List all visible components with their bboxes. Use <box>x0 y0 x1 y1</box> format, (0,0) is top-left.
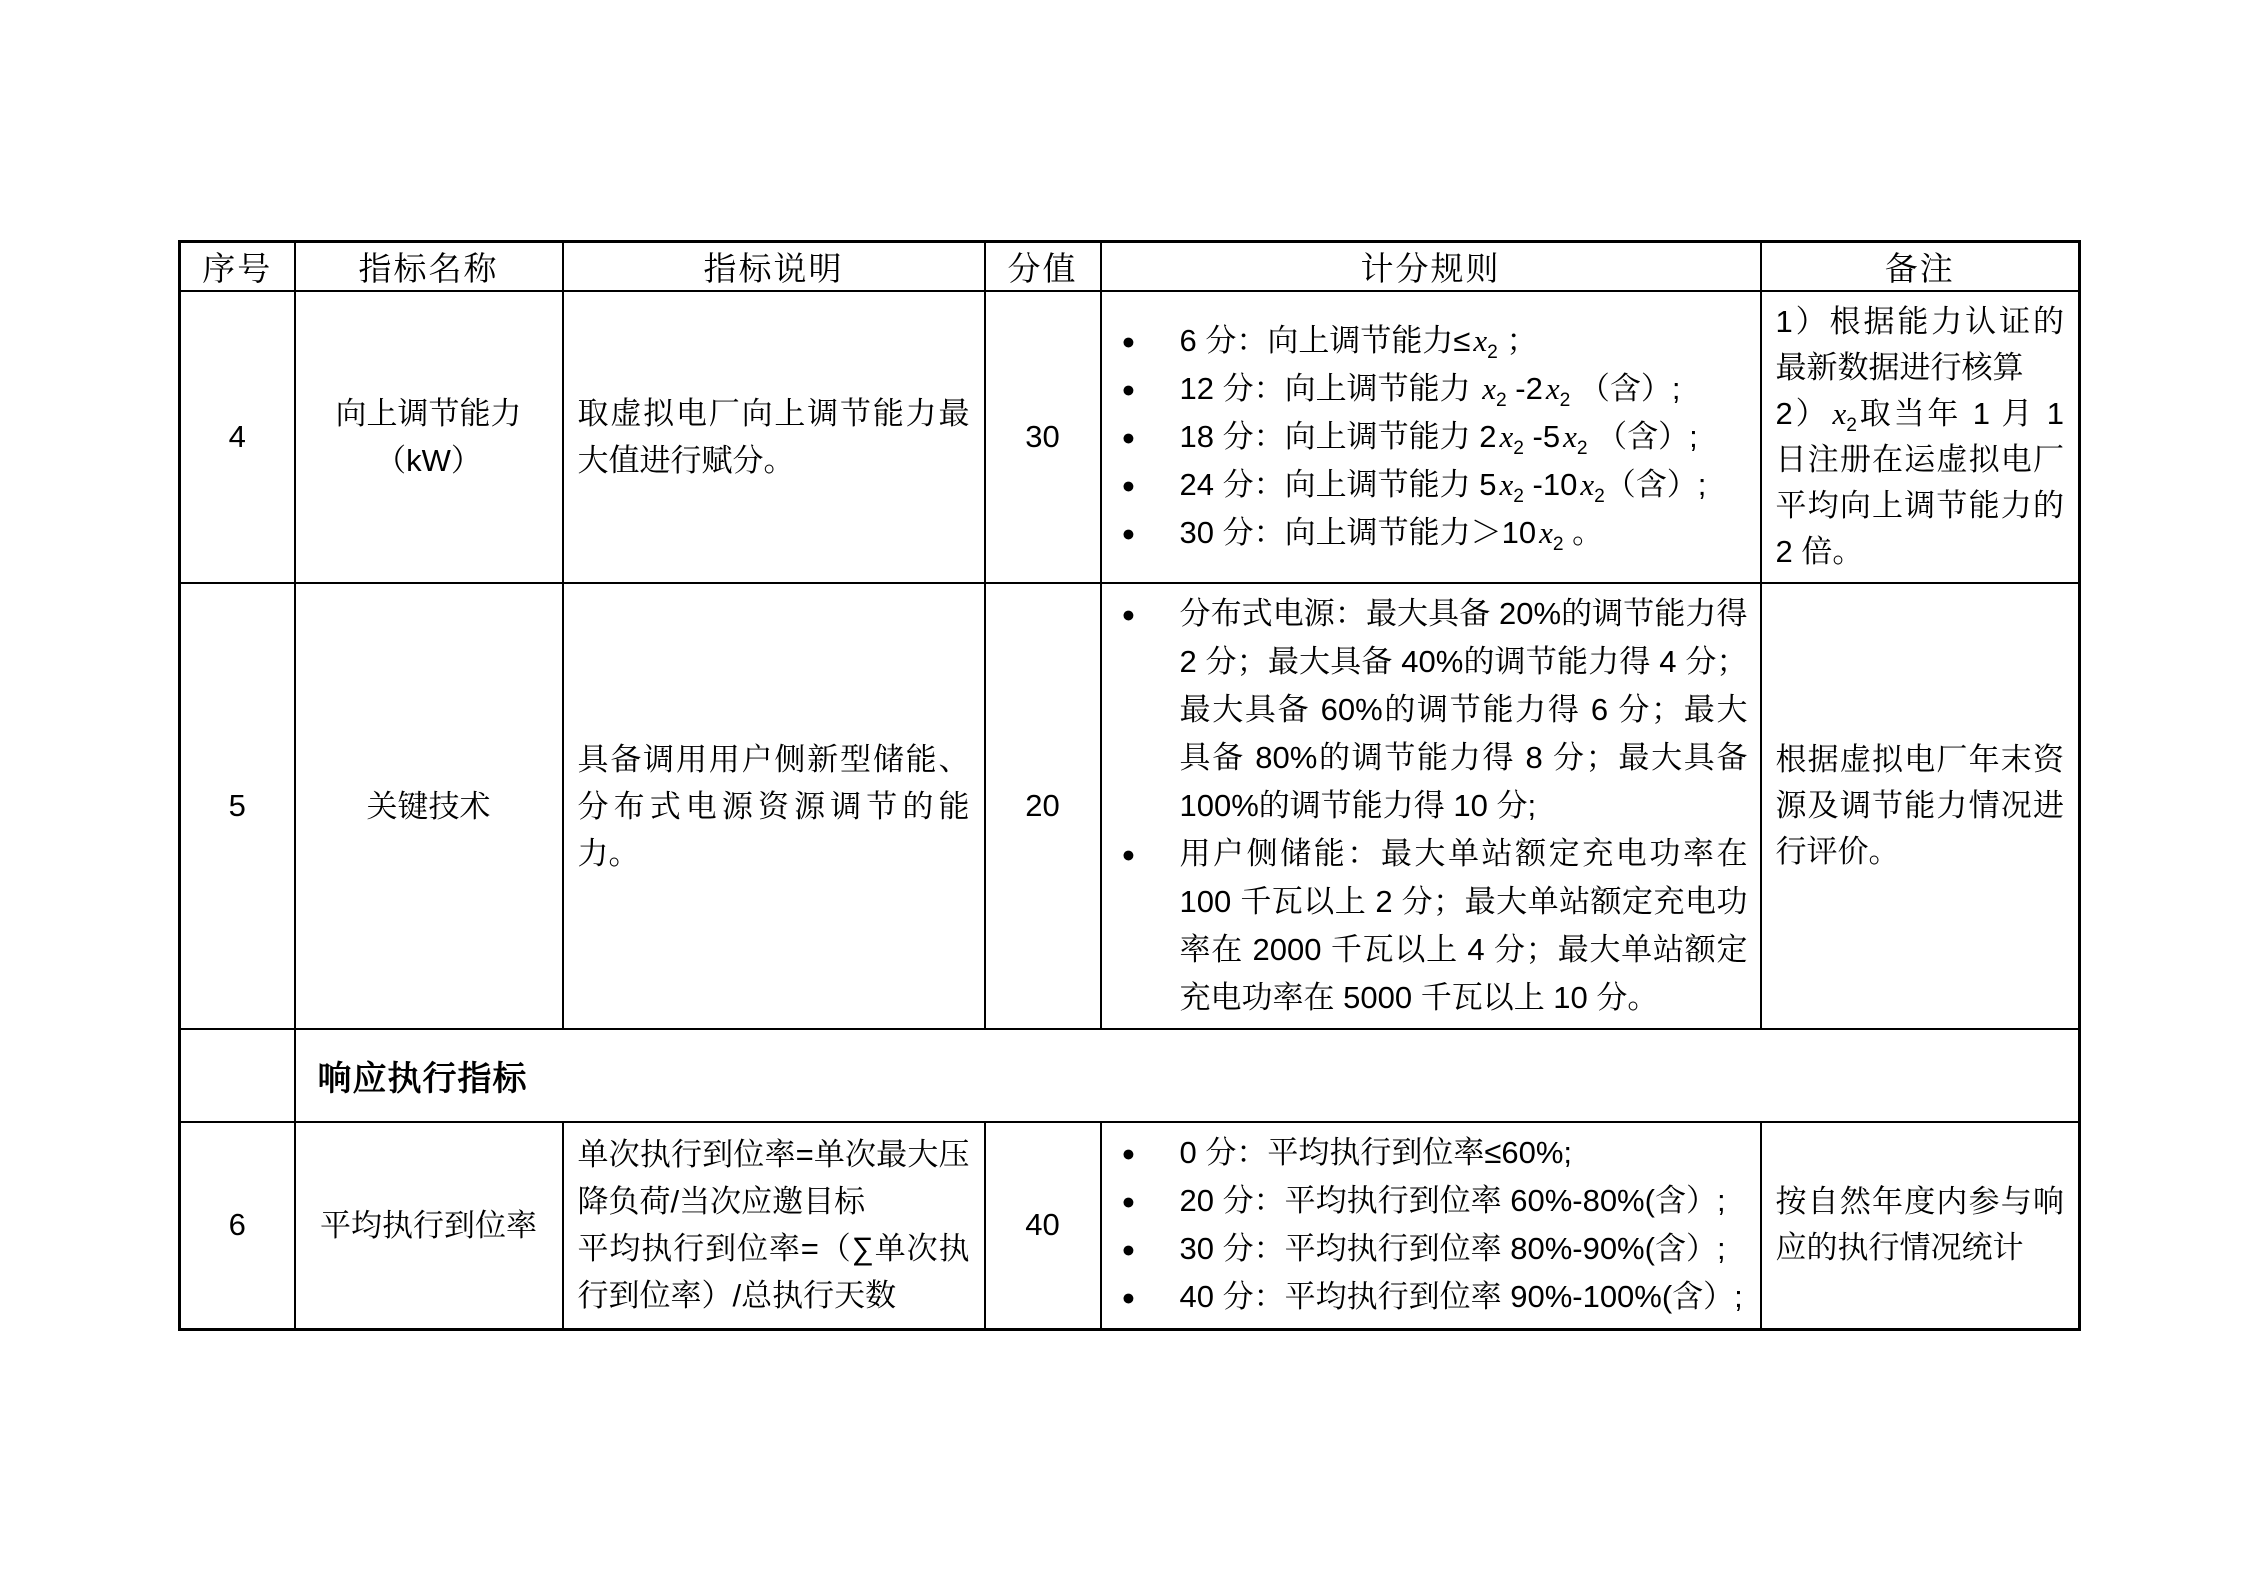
rule-text: 24 分：向上调节能力 5x2 -10x2（含）; <box>1180 461 1748 509</box>
bullet-icon: ● <box>1118 1129 1180 1177</box>
remark-line: 按自然年度内参与响应的执行情况统计 <box>1776 1179 2065 1271</box>
rule-text: 12 分：向上调节能力 x2 -2x2 （含）; <box>1180 365 1748 413</box>
score-cell: 40 <box>985 1122 1101 1329</box>
indicator-desc-line: 单次执行到位率=单次最大压降负荷/当次应邀目标 <box>578 1131 970 1225</box>
bullet-icon: ● <box>1118 1177 1180 1225</box>
indicator-desc-line: 取虚拟电厂向上调节能力最大值进行赋分。 <box>578 390 970 484</box>
score-cell: 20 <box>985 583 1101 1029</box>
bullet-icon: ● <box>1118 365 1180 413</box>
subscript-2: 2 <box>1594 486 1605 507</box>
rule-text: 18 分：向上调节能力 2x2 -5x2 （含）; <box>1180 413 1748 461</box>
remark-line: 1）根据能力认证的最新数据进行核算 <box>1776 299 2065 391</box>
rule-item: ●24 分：向上调节能力 5x2 -10x2（含）; <box>1118 461 1748 509</box>
row-number-cell: 6 <box>180 1122 295 1329</box>
indicator-desc-cell: 单次执行到位率=单次最大压降负荷/当次应邀目标平均执行到位率=（∑单次执行到位率… <box>563 1122 985 1329</box>
bullet-icon: ● <box>1118 317 1180 365</box>
header-remark: 备注 <box>1761 242 2080 292</box>
rule-item: ●6 分：向上调节能力≤x2 ； <box>1118 317 1748 365</box>
section-title: 响应执行指标 <box>295 1029 2080 1122</box>
table-row: 6平均执行到位率单次执行到位率=单次最大压降负荷/当次应邀目标平均执行到位率=（… <box>180 1122 2080 1329</box>
rule-item: ●40 分：平均执行到位率 90%-100%(含）; <box>1118 1273 1748 1321</box>
scoring-rules-cell: ●6 分：向上调节能力≤x2 ；●12 分：向上调节能力 x2 -2x2 （含）… <box>1101 291 1761 583</box>
rule-item: ●12 分：向上调节能力 x2 -2x2 （含）; <box>1118 365 1748 413</box>
rule-text: 6 分：向上调节能力≤x2 ； <box>1180 317 1748 365</box>
subscript-2: 2 <box>1513 438 1524 459</box>
bullet-icon: ● <box>1118 830 1180 878</box>
header-indicator-name: 指标名称 <box>295 242 563 292</box>
header-seq: 序号 <box>180 242 295 292</box>
score-cell: 30 <box>985 291 1101 583</box>
remark-cell: 1）根据能力认证的最新数据进行核算2）x2取当年 1 月 1 日注册在运虚拟电厂… <box>1761 291 2080 583</box>
subscript-2: 2 <box>1496 390 1507 411</box>
variable-x2: x <box>1829 396 1846 431</box>
scoring-rules-cell: ●分布式电源：最大具备 20%的调节能力得 2 分；最大具备 40%的调节能力得… <box>1101 583 1761 1029</box>
variable-x2: x <box>1479 371 1496 406</box>
subscript-2: 2 <box>1560 390 1571 411</box>
header-indicator-desc: 指标说明 <box>563 242 985 292</box>
variable-x2: x <box>1536 515 1553 550</box>
variable-x2: x <box>1543 371 1560 406</box>
rule-text: 30 分：平均执行到位率 80%-90%(含）; <box>1180 1225 1748 1273</box>
rule-text: 30 分：向上调节能力＞10x2 。 <box>1180 509 1748 557</box>
scoring-table: 序号 指标名称 指标说明 分值 计分规则 备注 4向上调节能力（kW）取虚拟电厂… <box>178 240 2081 1331</box>
indicator-desc-cell: 具备调用用户侧新型储能、分布式电源资源调节的能力。 <box>563 583 985 1029</box>
bullet-icon: ● <box>1118 1225 1180 1273</box>
rule-text: 用户侧储能：最大单站额定充电功率在 100 千瓦以上 2 分；最大单站额定充电功… <box>1180 830 1748 1022</box>
rule-item: ●30 分：向上调节能力＞10x2 。 <box>1118 509 1748 557</box>
rule-text: 0 分：平均执行到位率≤60%; <box>1180 1129 1748 1177</box>
section-row: 响应执行指标 <box>180 1029 2080 1122</box>
variable-x2: x <box>1560 419 1577 454</box>
table-row: 4向上调节能力（kW）取虚拟电厂向上调节能力最大值进行赋分。30●6 分：向上调… <box>180 291 2080 583</box>
remark-line: 根据虚拟电厂年末资源及调节能力情况进行评价。 <box>1776 737 2065 875</box>
row-number-cell: 5 <box>180 583 295 1029</box>
bullet-icon: ● <box>1118 1273 1180 1321</box>
rule-text: 40 分：平均执行到位率 90%-100%(含）; <box>1180 1273 1748 1321</box>
remark-cell: 根据虚拟电厂年末资源及调节能力情况进行评价。 <box>1761 583 2080 1029</box>
indicator-name-cell: 平均执行到位率 <box>295 1122 563 1329</box>
row-number-cell: 4 <box>180 291 295 583</box>
header-score: 分值 <box>985 242 1101 292</box>
remark-cell: 按自然年度内参与响应的执行情况统计 <box>1761 1122 2080 1329</box>
variable-x2: x <box>1496 467 1513 502</box>
rule-item: ●0 分：平均执行到位率≤60%; <box>1118 1129 1748 1177</box>
rule-text: 20 分：平均执行到位率 60%-80%(含）; <box>1180 1177 1748 1225</box>
scoring-rules-cell: ●0 分：平均执行到位率≤60%;●20 分：平均执行到位率 60%-80%(含… <box>1101 1122 1761 1329</box>
document-page: 序号 指标名称 指标说明 分值 计分规则 备注 4向上调节能力（kW）取虚拟电厂… <box>0 0 2245 1587</box>
remark-line: 2）x2取当年 1 月 1 日注册在运虚拟电厂平均向上调节能力的 2 倍。 <box>1776 391 2065 575</box>
header-row: 序号 指标名称 指标说明 分值 计分规则 备注 <box>180 242 2080 292</box>
variable-x2: x <box>1496 419 1513 454</box>
bullet-icon: ● <box>1118 509 1180 557</box>
table-row: 5关键技术具备调用用户侧新型储能、分布式电源资源调节的能力。20●分布式电源：最… <box>180 583 2080 1029</box>
subscript-2: 2 <box>1513 486 1524 507</box>
rule-item: ●18 分：向上调节能力 2x2 -5x2 （含）; <box>1118 413 1748 461</box>
header-scoring-rules: 计分规则 <box>1101 242 1761 292</box>
subscript-2: 2 <box>1487 342 1498 363</box>
table-header: 序号 指标名称 指标说明 分值 计分规则 备注 <box>180 242 2080 292</box>
subscript-2: 2 <box>1846 415 1857 436</box>
bullet-icon: ● <box>1118 461 1180 509</box>
bullet-icon: ● <box>1118 590 1180 638</box>
indicator-desc-line: 具备调用用户侧新型储能、分布式电源资源调节的能力。 <box>578 736 970 877</box>
rule-item: ●30 分：平均执行到位率 80%-90%(含）; <box>1118 1225 1748 1273</box>
subscript-2: 2 <box>1577 438 1588 459</box>
variable-x2: x <box>1577 467 1594 502</box>
variable-x2: x <box>1470 323 1487 358</box>
indicator-desc-cell: 取虚拟电厂向上调节能力最大值进行赋分。 <box>563 291 985 583</box>
rule-item: ●用户侧储能：最大单站额定充电功率在 100 千瓦以上 2 分；最大单站额定充电… <box>1118 830 1748 1022</box>
indicator-desc-line: 平均执行到位率=（∑单次执行到位率）/总执行天数 <box>578 1225 970 1319</box>
subscript-2: 2 <box>1553 534 1564 555</box>
row-number-cell <box>180 1029 295 1122</box>
rule-text: 分布式电源：最大具备 20%的调节能力得 2 分；最大具备 40%的调节能力得 … <box>1180 590 1748 830</box>
indicator-name-cell: 向上调节能力（kW） <box>295 291 563 583</box>
rule-item: ●20 分：平均执行到位率 60%-80%(含）; <box>1118 1177 1748 1225</box>
rule-item: ●分布式电源：最大具备 20%的调节能力得 2 分；最大具备 40%的调节能力得… <box>1118 590 1748 830</box>
table-body: 4向上调节能力（kW）取虚拟电厂向上调节能力最大值进行赋分。30●6 分：向上调… <box>180 291 2080 1329</box>
bullet-icon: ● <box>1118 413 1180 461</box>
indicator-name-cell: 关键技术 <box>295 583 563 1029</box>
